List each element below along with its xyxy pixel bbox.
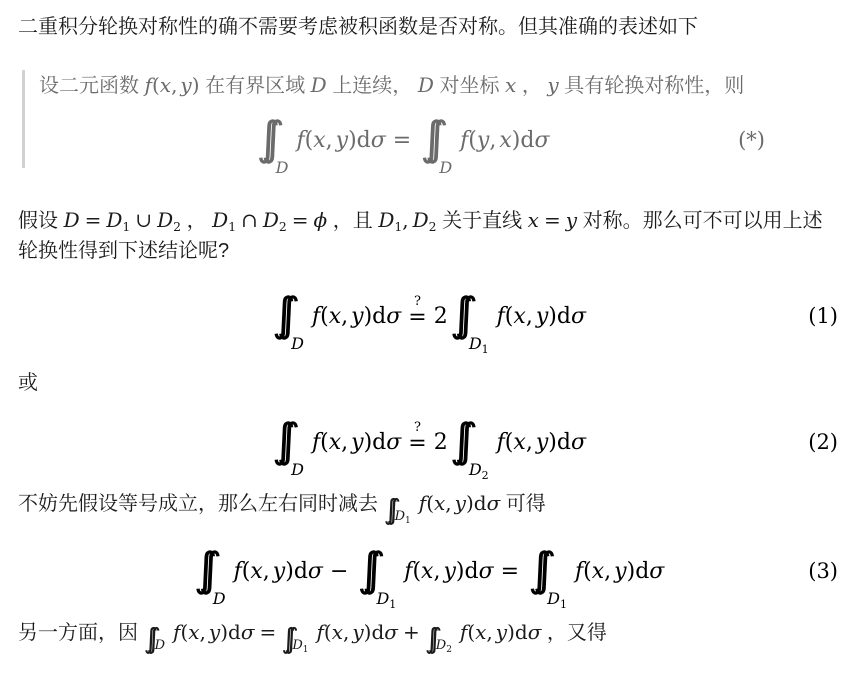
- mi-glyph: σ: [479, 559, 494, 584]
- double-integral-symbol: ∫∫D1: [384, 490, 414, 524]
- inline-math: x: [505, 75, 516, 97]
- mn-glyph: d: [635, 559, 649, 584]
- double-integral-symbol: ∫∫D: [257, 117, 293, 163]
- questioned-equals: ?=: [408, 423, 426, 455]
- ig-glyph: ∫∫: [272, 417, 295, 463]
- mi-glyph: D: [311, 73, 327, 97]
- mi-glyph: f: [145, 73, 152, 97]
- double-integral-symbol: ∫∫D: [420, 117, 456, 163]
- inline-math: D1∩D2=ϕ: [212, 210, 327, 232]
- midx-glyph: 2: [429, 219, 437, 234]
- mn-glyph: d: [228, 620, 241, 644]
- mn-glyph: d: [294, 559, 308, 584]
- mn-glyph: d: [372, 304, 386, 329]
- mi-glyph: y: [352, 620, 363, 644]
- mi-glyph: σ: [528, 620, 542, 644]
- double-integral-symbol: ∫∫D: [272, 293, 308, 339]
- mi-glyph: f: [312, 430, 320, 455]
- equation-3-label: (3): [808, 559, 838, 583]
- ig-glyph: ∫∫: [194, 546, 217, 592]
- mn-glyph: ,: [200, 620, 206, 644]
- mi-glyph: x: [421, 559, 433, 584]
- mn-glyph: ,: [343, 620, 349, 644]
- isx-glyph: 1: [482, 343, 489, 356]
- isub-glyph: D1: [395, 503, 411, 532]
- mn-glyph: ): [364, 304, 373, 329]
- double-integral-symbol: ∫∫D1: [450, 293, 493, 339]
- isx-glyph: 1: [389, 598, 396, 611]
- ig-glyph: ∫∫: [528, 546, 551, 592]
- mn-glyph: d: [357, 128, 371, 153]
- equation-1-label: (1): [808, 304, 838, 328]
- mi-glyph: y: [336, 128, 348, 153]
- mn-glyph: ): [512, 128, 521, 153]
- mi-glyph: x: [592, 559, 604, 584]
- mn-glyph: ,: [341, 430, 348, 455]
- or-paragraph: 或: [18, 369, 838, 397]
- isx-glyph: 1: [405, 507, 411, 535]
- qe-glyph: =: [408, 433, 426, 455]
- mn-glyph: ,: [604, 559, 611, 584]
- mop-glyph: =: [292, 208, 309, 232]
- mi-glyph: f: [296, 128, 304, 153]
- mn-glyph: ): [456, 559, 465, 584]
- mi-glyph: x: [329, 430, 341, 455]
- ig-glyph: ∫∫: [450, 291, 473, 337]
- mi-glyph: x: [313, 128, 325, 153]
- isub-glyph: D1: [469, 334, 489, 353]
- ig-glyph: ∫∫: [272, 291, 295, 337]
- mi-glyph: x: [499, 128, 511, 153]
- mi-glyph: x: [475, 620, 486, 644]
- mop-glyph: =: [393, 128, 411, 153]
- mi-glyph: D: [64, 208, 80, 232]
- equation-3: ∫∫Df(x,y)dσ−∫∫D1f(x,y)dσ=∫∫D1f(x,y)dσ (3…: [18, 542, 838, 600]
- qe-glyph: =: [408, 307, 426, 329]
- mn-glyph: (: [505, 304, 514, 329]
- mn-glyph: (: [320, 430, 329, 455]
- mn-glyph: 2: [434, 430, 448, 455]
- equation-math: ∫∫Df(x,y)dσ?=2∫∫D1f(x,y)dσ: [270, 293, 586, 339]
- mn-glyph: d: [557, 304, 571, 329]
- midx-glyph: 1: [394, 219, 402, 234]
- double-integral-symbol: ∫∫D2: [425, 619, 455, 653]
- mi-glyph: ϕ: [314, 208, 328, 232]
- mop-glyph: ∩: [241, 208, 258, 232]
- isub-glyph: D2: [436, 632, 452, 661]
- mi-glyph: y: [180, 73, 191, 97]
- mop-glyph: ∪: [135, 208, 152, 232]
- mi-glyph: y: [455, 491, 466, 515]
- mi-glyph: σ: [571, 430, 586, 455]
- mn-glyph: d: [557, 430, 571, 455]
- mn-glyph: d: [520, 128, 534, 153]
- inline-math: D: [418, 75, 434, 97]
- theorem-statement: 设二元函数 f(x,y) 在有界区域 D 上连续， D 对坐标 x ， y 具有…: [39, 71, 838, 100]
- mn-glyph: ): [285, 559, 294, 584]
- isub-glyph: D: [155, 632, 165, 660]
- mi-glyph: f: [312, 304, 320, 329]
- mi-glyph: σ: [384, 620, 398, 644]
- isx-glyph: 2: [446, 636, 452, 664]
- mi-glyph: y: [547, 73, 558, 97]
- isx-glyph: 1: [303, 636, 309, 664]
- inline-math: y: [547, 75, 558, 97]
- mn-glyph: ): [466, 491, 474, 515]
- mn-glyph: ,: [171, 73, 177, 97]
- mi-glyph: f: [575, 559, 583, 584]
- isub-glyph: D: [291, 460, 304, 479]
- mn-glyph: ): [507, 620, 515, 644]
- mn-glyph: (: [305, 128, 314, 153]
- questioned-equals: ?=: [408, 297, 426, 329]
- mi-glyph: x: [513, 304, 525, 329]
- mi-glyph: y: [536, 304, 548, 329]
- ig-glyph: ∫∫: [257, 115, 280, 161]
- article-body: 二重积分轮换对称性的确不需要考虑被积函数是否对称。但其准确的表述如下 设二元函数…: [0, 0, 863, 653]
- isx-glyph: 2: [482, 469, 489, 482]
- mi-glyph: y: [477, 128, 489, 153]
- isub-glyph: D: [213, 589, 226, 608]
- mn-glyph: ,: [341, 304, 348, 329]
- mi-glyph: x: [329, 304, 341, 329]
- mn-glyph: ): [192, 73, 200, 97]
- mi-glyph: σ: [649, 559, 664, 584]
- midx-glyph: 2: [279, 219, 287, 234]
- mi-glyph: D: [263, 208, 279, 232]
- mi-glyph: σ: [534, 128, 549, 153]
- mn-glyph: d: [515, 620, 528, 644]
- mop-glyph: +: [403, 620, 420, 644]
- mn-glyph: d: [474, 491, 487, 515]
- inline-math: ∫∫Df(x,y)dσ=∫∫D1f(x,y)dσ+∫∫D2f(x,y)dσ: [144, 622, 542, 644]
- midx-glyph: 2: [173, 219, 181, 234]
- assumption-paragraph: 假设 D=D1∪D2 ， D1∩D2=ϕ ，且 D1,D2 关于直线 x=y 对…: [18, 206, 838, 265]
- ig-glyph: ∫∫: [357, 546, 380, 592]
- mn-glyph: ): [548, 304, 557, 329]
- mop-glyph: =: [85, 208, 102, 232]
- mi-glyph: f: [460, 128, 468, 153]
- mn-glyph: 2: [434, 304, 448, 329]
- isub-glyph: D: [276, 158, 289, 177]
- mn-glyph: ): [220, 620, 228, 644]
- theorem-blockquote: 设二元函数 f(x,y) 在有界区域 D 上连续， D 对坐标 x ， y 具有…: [22, 70, 838, 168]
- isub-glyph: D2: [469, 460, 489, 479]
- mn-glyph: ): [627, 559, 636, 584]
- conclusion-paragraph: 另一方面，因 ∫∫Df(x,y)dσ=∫∫D1f(x,y)dσ+∫∫D2f(x,…: [18, 618, 838, 653]
- equation-star: ∫∫Df(x,y)dσ=∫∫Df(y,x)dσ (*): [39, 112, 765, 168]
- mi-glyph: D: [418, 73, 434, 97]
- mi-glyph: y: [614, 559, 626, 584]
- isub-glyph: D1: [376, 589, 396, 608]
- mn-glyph: ,: [486, 620, 492, 644]
- double-integral-symbol: ∫∫D1: [281, 619, 311, 653]
- mi-glyph: y: [209, 620, 220, 644]
- mn-glyph: ,: [445, 491, 451, 515]
- inline-math: D=D1∪D2: [64, 210, 181, 232]
- mi-glyph: σ: [386, 304, 401, 329]
- mn-glyph: (: [468, 128, 477, 153]
- mn-glyph: ): [548, 430, 557, 455]
- mn-glyph: ): [348, 128, 357, 153]
- inline-math: ∫∫D1f(x,y)dσ: [384, 493, 501, 515]
- equation-math: ∫∫Df(x,y)dσ−∫∫D1f(x,y)dσ=∫∫D1f(x,y)dσ: [192, 548, 665, 594]
- midx-glyph: 1: [228, 219, 236, 234]
- isx-glyph: 1: [560, 598, 567, 611]
- mop-glyph: −: [330, 559, 348, 584]
- mi-glyph: x: [332, 620, 343, 644]
- equation-star-label: (*): [738, 128, 765, 152]
- mi-glyph: y: [351, 430, 363, 455]
- mn-glyph: ): [364, 430, 373, 455]
- mi-glyph: x: [505, 73, 516, 97]
- intro-paragraph: 二重积分轮换对称性的确不需要考虑被积函数是否对称。但其准确的表述如下: [18, 13, 838, 41]
- equation-2-label: (2): [808, 430, 838, 454]
- mi-glyph: x: [513, 430, 525, 455]
- ig-glyph: ∫∫: [420, 115, 443, 161]
- mn-glyph: (: [242, 559, 251, 584]
- mi-glyph: x: [188, 620, 199, 644]
- double-integral-symbol: ∫∫D: [272, 419, 308, 465]
- mn-glyph: ,: [526, 430, 533, 455]
- mi-glyph: y: [496, 620, 507, 644]
- derivation-paragraph: 不妨先假设等号成立，那么左右同时减去 ∫∫D1f(x,y)dσ 可得: [18, 489, 838, 524]
- mi-glyph: D: [212, 208, 228, 232]
- mi-glyph: x: [160, 73, 171, 97]
- ig-glyph: ∫∫: [450, 417, 473, 463]
- mn-glyph: ,: [263, 559, 270, 584]
- mn-glyph: (: [505, 430, 514, 455]
- mi-glyph: D: [413, 208, 429, 232]
- mi-glyph: f: [316, 620, 323, 644]
- mn-glyph: (: [324, 620, 332, 644]
- mn-glyph: (: [320, 304, 329, 329]
- mi-glyph: f: [234, 559, 242, 584]
- inline-math: D1,D2: [378, 210, 436, 232]
- double-integral-symbol: ∫∫D1: [357, 548, 400, 594]
- mi-glyph: f: [497, 304, 505, 329]
- double-integral-symbol: ∫∫D: [194, 548, 230, 594]
- mi-glyph: D: [106, 208, 122, 232]
- mop-glyph: =: [544, 208, 561, 232]
- equation-math: ∫∫Df(x,y)dσ?=2∫∫D2f(x,y)dσ: [270, 419, 586, 465]
- double-integral-symbol: ∫∫D2: [450, 419, 493, 465]
- isub-glyph: D: [439, 158, 452, 177]
- mn-glyph: ,: [526, 304, 533, 329]
- midx-glyph: 1: [122, 219, 130, 234]
- isub-glyph: D1: [547, 589, 567, 608]
- mn-glyph: ,: [489, 128, 496, 153]
- mn-glyph: ,: [433, 559, 440, 584]
- mn-glyph: (: [412, 559, 421, 584]
- mi-glyph: σ: [386, 430, 401, 455]
- mi-glyph: y: [443, 559, 455, 584]
- mi-glyph: y: [536, 430, 548, 455]
- mop-glyph: =: [501, 559, 519, 584]
- isub-glyph: D: [291, 334, 304, 353]
- inline-math: D: [311, 75, 327, 97]
- mi-glyph: y: [566, 208, 577, 232]
- inline-math: f(x,y): [145, 75, 200, 97]
- mi-glyph: x: [528, 208, 539, 232]
- equation-2: ∫∫Df(x,y)dσ?=2∫∫D2f(x,y)dσ (2): [18, 413, 838, 471]
- double-integral-symbol: ∫∫D1: [528, 548, 571, 594]
- mi-glyph: σ: [241, 620, 255, 644]
- mi-glyph: x: [250, 559, 262, 584]
- double-integral-symbol: ∫∫D: [144, 619, 168, 653]
- equation-1: ∫∫Df(x,y)dσ?=2∫∫D1f(x,y)dσ (1): [18, 287, 838, 345]
- mi-glyph: D: [157, 208, 173, 232]
- mpun-glyph: ,: [402, 208, 408, 232]
- mn-glyph: (: [467, 620, 475, 644]
- mi-glyph: x: [434, 491, 445, 515]
- mn-glyph: d: [465, 559, 479, 584]
- mi-glyph: f: [497, 430, 505, 455]
- mi-glyph: y: [273, 559, 285, 584]
- mn-glyph: ,: [326, 128, 333, 153]
- mn-glyph: (: [583, 559, 592, 584]
- mi-glyph: σ: [487, 491, 501, 515]
- isub-glyph: D1: [292, 632, 308, 661]
- mi-glyph: σ: [571, 304, 586, 329]
- inline-math: x=y: [528, 210, 577, 232]
- mn-glyph: d: [372, 430, 386, 455]
- mop-glyph: =: [260, 620, 277, 644]
- mn-glyph: (: [426, 491, 434, 515]
- mi-glyph: σ: [371, 128, 386, 153]
- mi-glyph: σ: [308, 559, 323, 584]
- mn-glyph: (: [152, 73, 160, 97]
- mn-glyph: d: [371, 620, 384, 644]
- mi-glyph: D: [378, 208, 394, 232]
- equation-math: ∫∫Df(x,y)dσ=∫∫Df(y,x)dσ: [255, 117, 550, 163]
- mi-glyph: f: [404, 559, 412, 584]
- mi-glyph: y: [351, 304, 363, 329]
